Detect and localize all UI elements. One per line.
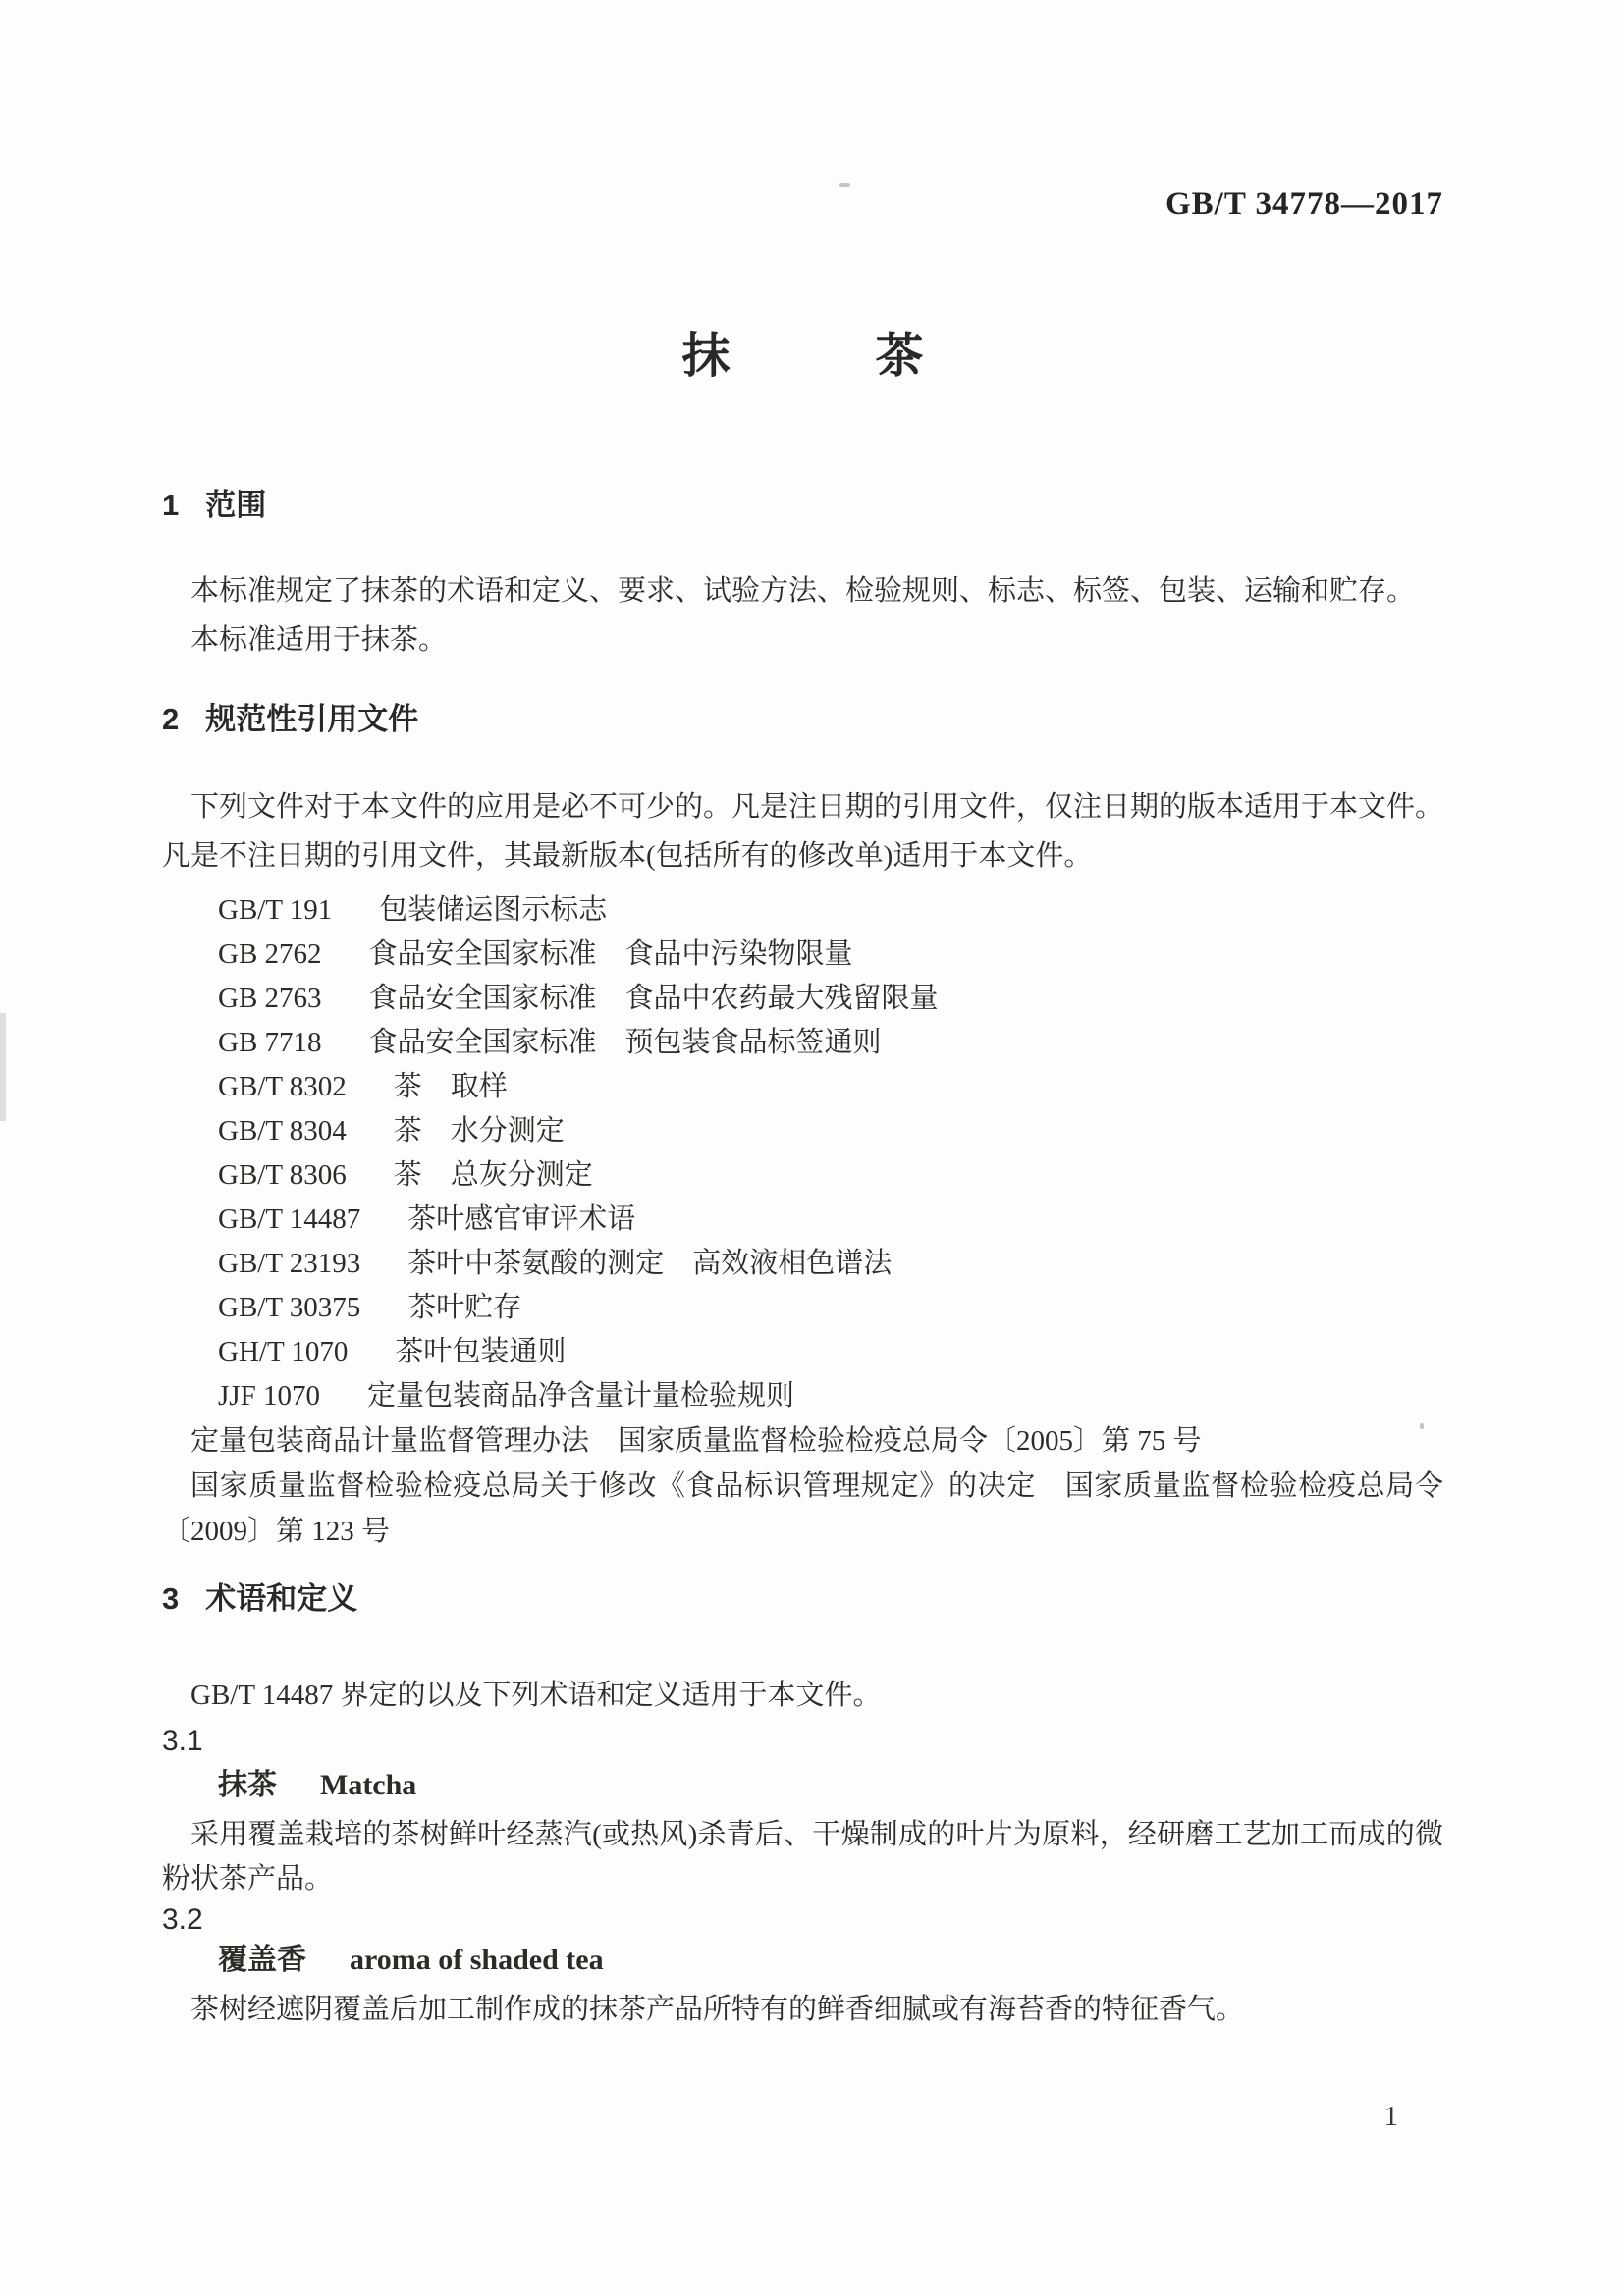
section-terms-and-definitions: 3 术语和定义 GB/T 14487 界定的以及下列术语和定义适用于本文件。 3… xyxy=(162,1581,1443,2033)
reference-title: 茶叶贮存 xyxy=(407,1292,521,1323)
reference-title: 茶叶感官审评术语 xyxy=(407,1203,635,1235)
reference-code: GB/T 30375 xyxy=(218,1292,360,1323)
reference-title: 食品安全国家标准 预包装食品标签通则 xyxy=(369,1027,882,1058)
document-title: 抹 茶 xyxy=(162,329,1443,384)
terms-intro: GB/T 14487 界定的以及下列术语和定义适用于本文件。 xyxy=(162,1671,1443,1720)
reference-list: GB/T 191包装储运图示标志 GB 2762食品安全国家标准 食品中污染物限… xyxy=(162,888,1443,1418)
section-normative-references-heading: 2 规范性引用文件 xyxy=(162,702,1443,737)
section-number: 1 xyxy=(162,488,179,523)
reference-title: 茶叶包装通则 xyxy=(395,1336,566,1367)
reference-code: GB/T 8304 xyxy=(218,1115,347,1147)
section-heading-text: 规范性引用文件 xyxy=(205,702,418,737)
reference-code: GB 7718 xyxy=(218,1027,322,1058)
section-normative-references: 2 规范性引用文件 下列文件对于本文件的应用是必不可少的。凡是注日期的引用文件，… xyxy=(162,702,1443,1554)
reference-item: JJF 1070定量包装商品净含量计量检验规则 xyxy=(162,1374,1443,1418)
reference-title: 茶 总灰分测定 xyxy=(394,1159,593,1191)
reference-title: 食品安全国家标准 食品中污染物限量 xyxy=(369,938,853,970)
reference-code: GB/T 8302 xyxy=(218,1071,347,1102)
term-number: 3.1 xyxy=(162,1720,1443,1763)
section-heading-text: 术语和定义 xyxy=(205,1581,357,1617)
reference-item: GB 7718食品安全国家标准 预包装食品标签通则 xyxy=(162,1021,1443,1065)
page-header: GB/T 34778—2017 xyxy=(162,0,1443,223)
reference-item: GB/T 14487茶叶感官审评术语 xyxy=(162,1198,1443,1242)
reference-item: GB/T 30375茶叶贮存 xyxy=(162,1286,1443,1330)
reference-code: GB 2762 xyxy=(218,938,322,970)
term-name: 抹茶 Matcha xyxy=(162,1763,1443,1813)
reference-title: 茶叶中茶氨酸的测定 高效液相色谱法 xyxy=(407,1248,892,1279)
term-block-matcha: 3.1 抹茶 Matcha 采用覆盖栽培的茶树鲜叶经蒸汽(或热风)杀青后、干燥制… xyxy=(162,1720,1443,1901)
section-scope-heading: 1 范围 xyxy=(162,488,1443,523)
reference-code: JJF 1070 xyxy=(218,1380,320,1412)
scan-artifact-dot xyxy=(1420,1423,1424,1429)
reference-item: GH/T 1070茶叶包装通则 xyxy=(162,1330,1443,1374)
scan-artifact-dash xyxy=(839,183,850,187)
section-scope: 1 范围 本标准规定了抹茶的术语和定义、要求、试验方法、检验规则、标志、标签、包… xyxy=(162,488,1443,665)
reference-code: GB/T 23193 xyxy=(218,1248,360,1279)
reference-item: GB 2763食品安全国家标准 食品中农药最大残留限量 xyxy=(162,977,1443,1021)
normative-references-intro: 下列文件对于本文件的应用是必不可少的。凡是注日期的引用文件，仅注日期的版本适用于… xyxy=(162,782,1443,881)
reference-title: 茶 取样 xyxy=(394,1071,508,1102)
scan-artifact-edge xyxy=(0,1013,6,1121)
section-heading-text: 范围 xyxy=(205,488,266,523)
term-name-en: aroma of shaded tea xyxy=(350,1944,604,1976)
term-block-aroma-of-shaded-tea: 3.2 覆盖香 aroma of shaded tea 茶树经遮阴覆盖后加工制作… xyxy=(162,1901,1443,2032)
term-name-zh: 抹茶 xyxy=(218,1769,277,1801)
title-char-1: 抹 xyxy=(681,329,730,384)
reference-title: 定量包装商品净含量计量检验规则 xyxy=(367,1380,794,1412)
section-number: 2 xyxy=(162,702,179,737)
document-page: GB/T 34778—2017 抹 茶 1 范围 本标准规定了抹茶的术语和定义、… xyxy=(0,0,1624,2296)
scope-paragraph-2: 本标准适用于抹茶。 xyxy=(162,615,1443,665)
reference-item: GB/T 191包装储运图示标志 xyxy=(162,888,1443,933)
term-name-zh: 覆盖香 xyxy=(218,1944,306,1976)
section-number: 3 xyxy=(162,1581,179,1617)
term-definition: 采用覆盖栽培的茶树鲜叶经蒸汽(或热风)杀青后、干燥制成的叶片为原料，经研磨工艺加… xyxy=(162,1813,1443,1901)
regulation-reference: 定量包装商品计量监督管理办法 国家质量监督检验检疫总局令〔2005〕第 75 号 xyxy=(162,1418,1443,1464)
reference-title: 包装储运图示标志 xyxy=(379,894,607,926)
reference-code: GB 2763 xyxy=(218,983,322,1014)
reference-item: GB/T 23193茶叶中茶氨酸的测定 高效液相色谱法 xyxy=(162,1242,1443,1286)
standard-code: GB/T 34778—2017 xyxy=(1165,187,1443,222)
reference-item: GB 2762食品安全国家标准 食品中污染物限量 xyxy=(162,933,1443,977)
reference-code: GB/T 14487 xyxy=(218,1203,360,1235)
reference-title: 茶 水分测定 xyxy=(394,1115,565,1147)
scope-paragraph-1: 本标准规定了抹茶的术语和定义、要求、试验方法、检验规则、标志、标签、包装、运输和… xyxy=(162,566,1443,615)
page-number: 1 xyxy=(1384,2101,1399,2133)
title-char-2: 茶 xyxy=(876,329,924,384)
reference-item: GB/T 8304茶 水分测定 xyxy=(162,1109,1443,1153)
reference-title: 食品安全国家标准 食品中农药最大残留限量 xyxy=(369,983,939,1014)
reference-code: GB/T 8306 xyxy=(218,1159,347,1191)
term-name-en: Matcha xyxy=(320,1769,416,1801)
term-definition: 茶树经遮阴覆盖后加工制作成的抹茶产品所特有的鲜香细腻或有海苔香的特征香气。 xyxy=(162,1987,1443,2032)
section-terms-heading: 3 术语和定义 xyxy=(162,1581,1443,1617)
regulation-reference: 国家质量监督检验检疫总局关于修改《食品标识管理规定》的决定 国家质量监督检验检疫… xyxy=(162,1464,1443,1554)
reference-item: GB/T 8302茶 取样 xyxy=(162,1065,1443,1109)
term-number: 3.2 xyxy=(162,1901,1443,1939)
reference-code: GB/T 191 xyxy=(218,894,332,926)
reference-item: GB/T 8306茶 总灰分测定 xyxy=(162,1153,1443,1198)
term-name: 覆盖香 aroma of shaded tea xyxy=(162,1939,1443,1987)
reference-code: GH/T 1070 xyxy=(218,1336,348,1367)
